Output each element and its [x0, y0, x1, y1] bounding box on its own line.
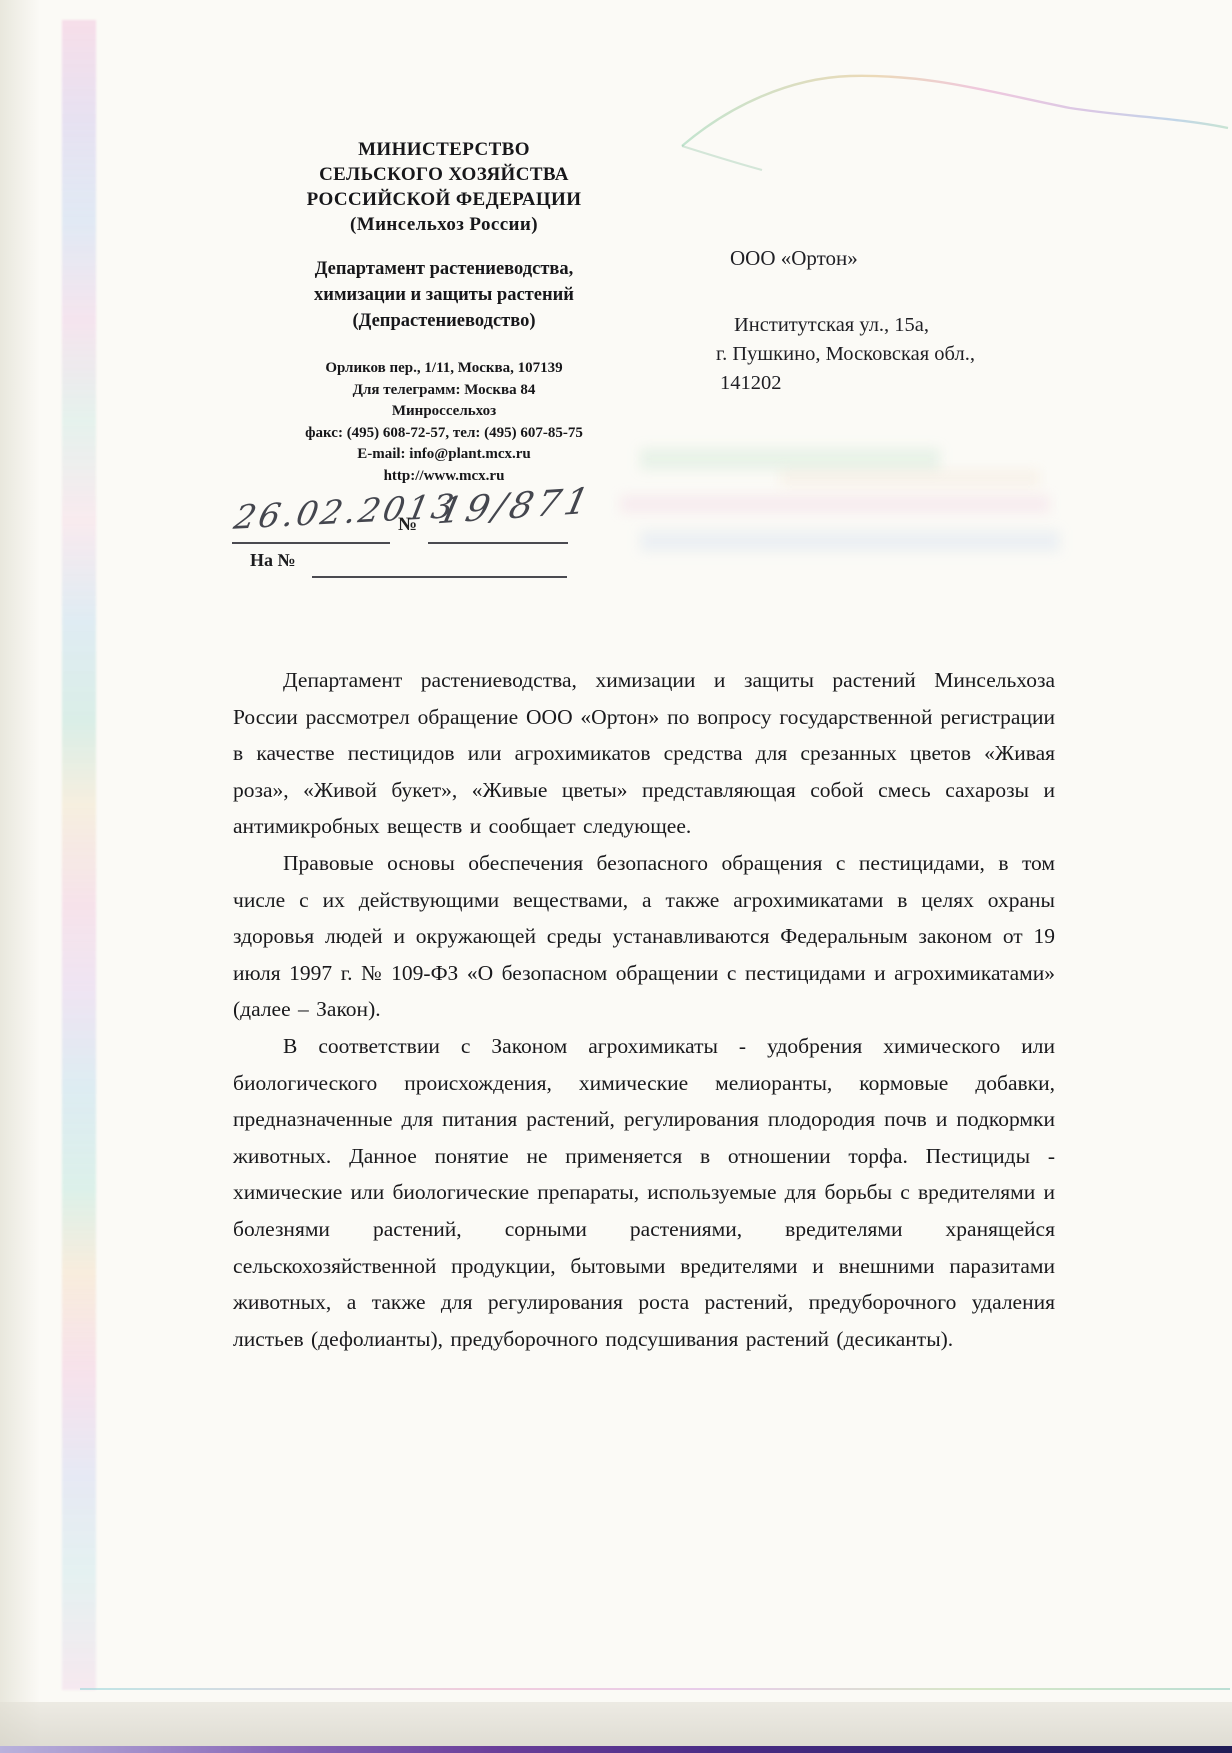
scan-smudge-artifact	[780, 470, 1040, 486]
recipient-address-line-2: г. Пушкино, Московская обл.,	[716, 340, 1074, 369]
phone-fax: факс: (495) 608-72-57, тел: (495) 607-85…	[228, 423, 660, 445]
reply-reference-row: На №	[250, 548, 580, 582]
recipient-block: ООО «Ортон» Институтская ул., 15а, г. Пу…	[714, 246, 1074, 398]
department-line-2: химизации и защиты растений	[228, 282, 660, 308]
ministry-line-3: РОССИЙСКОЙ ФЕДЕРАЦИИ	[228, 187, 660, 212]
ministry-line-2: СЕЛЬСКОГО ХОЗЯЙСТВА	[228, 162, 660, 187]
department-line-1: Департамент растениеводства,	[228, 256, 660, 282]
recipient-address-line-3: 141202	[720, 369, 1074, 398]
number-underline	[428, 542, 568, 544]
body-paragraph-3: В соответствии с Законом агрохимикаты - …	[233, 1028, 1055, 1357]
scan-line-artifact	[80, 1688, 1230, 1690]
date-underline	[232, 542, 390, 544]
number-sign: №	[398, 514, 417, 536]
body-paragraph-1: Департамент растениеводства, химизации и…	[233, 662, 1055, 845]
handwritten-date: 26.02.2013	[231, 486, 460, 536]
letter-body: Департамент растениеводства, химизации и…	[233, 662, 1055, 1357]
scan-bottom-band	[0, 1702, 1232, 1746]
scan-bottom-strip	[0, 1746, 1232, 1753]
ministry-line-1: МИНИСТЕРСТВО	[228, 137, 660, 162]
postal-address: Орликов пер., 1/11, Москва, 107139	[228, 358, 660, 380]
contact-block: Орликов пер., 1/11, Москва, 107139 Для т…	[228, 358, 660, 487]
telegram-line-2: Минроссельхоз	[228, 401, 660, 423]
email: E-mail: info@plant.mcx.ru	[228, 444, 660, 466]
recipient-address: Институтская ул., 15а, г. Пушкино, Моско…	[714, 311, 1074, 398]
reply-reference-underline	[312, 576, 567, 578]
scan-smudge-artifact	[620, 495, 1050, 513]
reply-reference-label: На №	[250, 550, 296, 571]
department-name: Департамент растениеводства, химизации и…	[228, 256, 660, 334]
ministry-short-name: (Минсельхоз России)	[228, 212, 660, 237]
scan-color-band-artifact	[62, 20, 96, 1690]
recipient-address-line-1: Институтская ул., 15а,	[734, 311, 1074, 340]
body-paragraph-2: Правовые основы обеспечения безопасного …	[233, 845, 1055, 1028]
scanned-letter-page: МИНИСТЕРСТВО СЕЛЬСКОГО ХОЗЯЙСТВА РОССИЙС…	[0, 0, 1232, 1753]
letterhead: МИНИСТЕРСТВО СЕЛЬСКОГО ХОЗЯЙСТВА РОССИЙС…	[228, 137, 660, 487]
ministry-name: МИНИСТЕРСТВО СЕЛЬСКОГО ХОЗЯЙСТВА РОССИЙС…	[228, 137, 660, 237]
telegram-line-1: Для телеграмм: Москва 84	[228, 380, 660, 402]
department-short-name: (Депрастениеводство)	[228, 308, 660, 334]
reference-row: 26.02.2013 № 19/871	[232, 492, 672, 552]
scan-smudge-artifact	[640, 448, 940, 470]
scan-edge-shade	[0, 0, 40, 1753]
scan-smudge-artifact	[640, 530, 1060, 552]
recipient-name: ООО «Ортон»	[730, 246, 1074, 271]
